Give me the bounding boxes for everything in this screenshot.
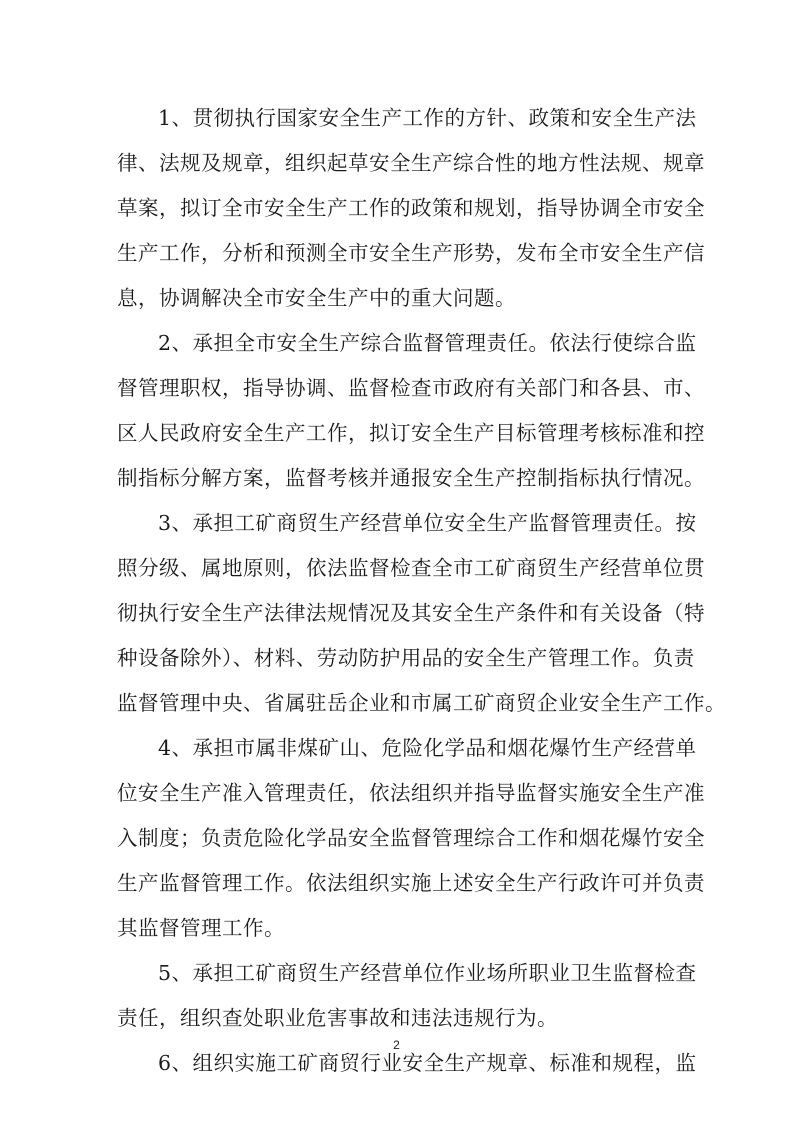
text-line: 制指标分解方案，监督考核并通报安全生产控制指标执行情况。	[117, 456, 681, 501]
text-line: 1、贯彻执行国家安全生产工作的方针、政策和安全生产法	[117, 96, 681, 141]
text-line: 照分级、属地原则，依法监督检查全市工矿商贸生产经营单位贯	[117, 546, 681, 591]
document-body: 1、贯彻执行国家安全生产工作的方针、政策和安全生产法 律、法规及规章，组织起草安…	[117, 96, 681, 1086]
text-line: 种设备除外）、材料、劳动防护用品的安全生产管理工作。负责	[117, 636, 681, 681]
paragraph-3: 3、承担工矿商贸生产经营单位安全生产监督管理责任。按 照分级、属地原则，依法监督…	[117, 501, 681, 726]
paragraph-5: 5、承担工矿商贸生产经营单位作业场所职业卫生监督检查 责任，组织查处职业危害事故…	[117, 951, 681, 1041]
text-line: 生产工作，分析和预测全市安全生产形势，发布全市安全生产信	[117, 231, 681, 276]
text-line: 入制度；负责危险化学品安全监督管理综合工作和烟花爆竹安全	[117, 816, 681, 861]
text-line: 彻执行安全生产法律法规情况及其安全生产条件和有关设备（特	[117, 591, 681, 636]
document-page: 1、贯彻执行国家安全生产工作的方针、政策和安全生产法 律、法规及规章，组织起草安…	[0, 0, 793, 1122]
text-line: 3、承担工矿商贸生产经营单位安全生产监督管理责任。按	[117, 501, 681, 546]
text-line: 监督管理中央、省属驻岳企业和市属工矿商贸企业安全生产工作。	[117, 681, 681, 726]
page-number: 2	[0, 1038, 793, 1052]
text-line: 5、承担工矿商贸生产经营单位作业场所职业卫生监督检查	[117, 951, 681, 996]
text-line: 息，协调解决全市安全生产中的重大问题。	[117, 276, 681, 321]
text-line: 督管理职权，指导协调、监督检查市政府有关部门和各县、市、	[117, 366, 681, 411]
text-line: 位安全生产准入管理责任，依法组织并指导监督实施安全生产准	[117, 771, 681, 816]
text-line: 4、承担市属非煤矿山、危险化学品和烟花爆竹生产经营单	[117, 726, 681, 771]
text-line: 生产监督管理工作。依法组织实施上述安全生产行政许可并负责	[117, 861, 681, 906]
text-line: 2、承担全市安全生产综合监督管理责任。依法行使综合监	[117, 321, 681, 366]
text-line: 其监督管理工作。	[117, 906, 681, 951]
text-line: 草案，拟订全市安全生产工作的政策和规划，指导协调全市安全	[117, 186, 681, 231]
text-line: 律、法规及规章，组织起草安全生产综合性的地方性法规、规章	[117, 141, 681, 186]
text-line: 区人民政府安全生产工作，拟订安全生产目标管理考核标准和控	[117, 411, 681, 456]
text-line: 责任，组织查处职业危害事故和违法违规行为。	[117, 996, 681, 1041]
paragraph-1: 1、贯彻执行国家安全生产工作的方针、政策和安全生产法 律、法规及规章，组织起草安…	[117, 96, 681, 321]
paragraph-4: 4、承担市属非煤矿山、危险化学品和烟花爆竹生产经营单 位安全生产准入管理责任，依…	[117, 726, 681, 951]
paragraph-2: 2、承担全市安全生产综合监督管理责任。依法行使综合监 督管理职权，指导协调、监督…	[117, 321, 681, 501]
